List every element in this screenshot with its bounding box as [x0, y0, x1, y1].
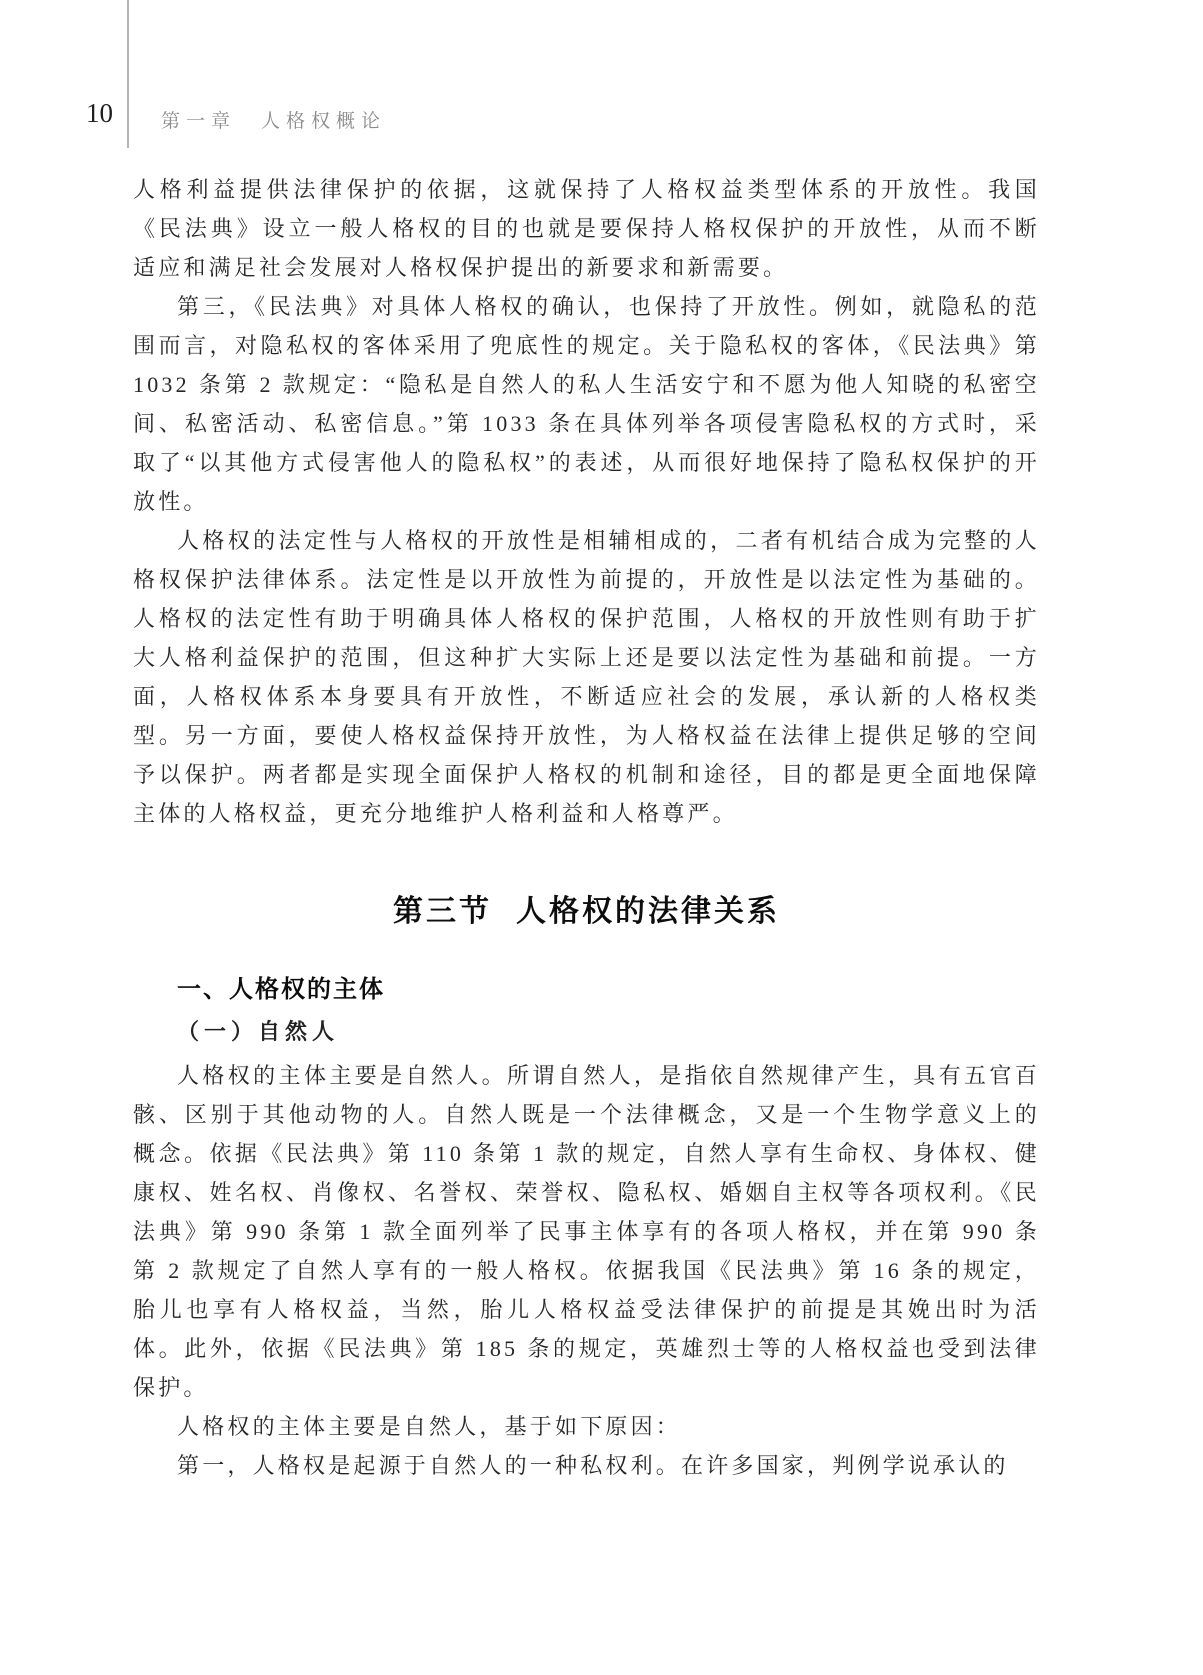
section-heading-label: 第三节 [393, 895, 492, 928]
section-heading-title: 人格权的法律关系 [516, 895, 780, 928]
running-head-chapter: 第一章 人格权概论 [161, 106, 386, 133]
subsection-heading-subject: 一、人格权的主体 [177, 974, 1040, 1006]
header-divider-rule [127, 0, 129, 148]
paragraph-natural-person-subject: 人格权的主体主要是自然人。所谓自然人，是指依自然规律产生，具有五官百骸、区别于其… [133, 1056, 1040, 1407]
paragraph-reason-first: 第一，人格权是起源于自然人的一种私权利。在许多国家，判例学说承认的 [133, 1446, 1040, 1485]
page-number: 10 [86, 98, 113, 129]
paragraph-legality-openness: 人格权的法定性与人格权的开放性是相辅相成的，二者有机结合成为完整的人格权保护法律… [133, 521, 1040, 833]
paragraph-reasons-intro: 人格权的主体主要是自然人，基于如下原因： [133, 1407, 1040, 1446]
paragraph-openness-continuation: 人格利益提供法律保护的依据，这就保持了人格权益类型体系的开放性。我国《民法典》设… [133, 170, 1040, 287]
page-body: 人格利益提供法律保护的依据，这就保持了人格权益类型体系的开放性。我国《民法典》设… [133, 170, 1040, 1485]
item-heading-natural-person: （一）自然人 [177, 1016, 1040, 1048]
paragraph-third-point-privacy: 第三，《民法典》对具体人格权的确认，也保持了开放性。例如，就隐私的范围而言，对隐… [133, 287, 1040, 521]
section-heading: 第三节人格权的法律关系 [133, 886, 1040, 930]
book-page: 10 第一章 人格权概论 人格利益提供法律保护的依据，这就保持了人格权益类型体系… [0, 0, 1203, 1675]
